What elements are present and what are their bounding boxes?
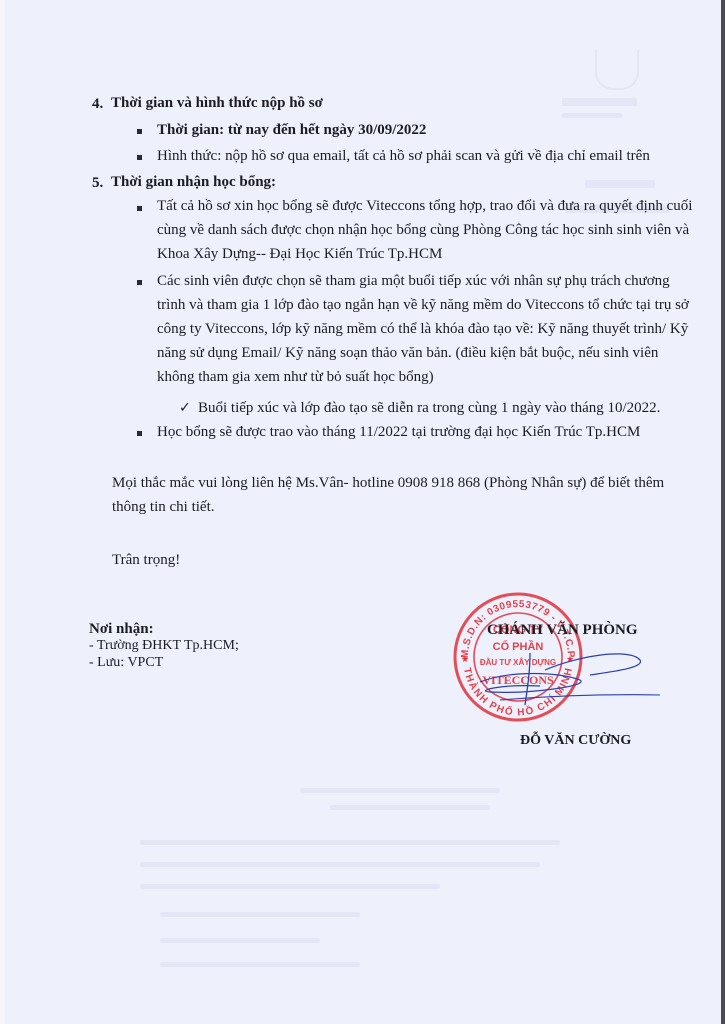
recipients-title: Nơi nhận: [89, 620, 154, 638]
signer-name: ĐỖ VĂN CƯỜNG [520, 729, 631, 752]
training-date-note: Buổi tiếp xúc và lớp đào tạo sẽ diễn ra … [198, 397, 660, 420]
paragraph-line: không tham gia xem như từ bỏ suất học bổ… [157, 366, 434, 389]
paragraph-line: trình và tham gia 1 lớp đào tạo ngắn hạn… [157, 294, 689, 317]
paragraph-line: năng sử dụng Email/ Kỹ năng soạn thảo vă… [157, 342, 658, 365]
bleed-through-mark [160, 962, 360, 967]
scan-right-edge [721, 0, 725, 1024]
closing-text: Trân trọng! [112, 549, 180, 572]
bleed-through-mark [330, 805, 490, 810]
bleed-through-mark [585, 180, 655, 188]
bleed-through-mark [140, 840, 560, 845]
bleed-through-mark [300, 788, 500, 793]
bleed-through-mark [562, 113, 622, 118]
checkmark-icon: ✓ [179, 400, 191, 416]
bleed-through-mark [160, 938, 320, 943]
paragraph-line: Khoa Xây Dựng-- Đại Học Kiến Trúc Tp.HCM [157, 243, 442, 266]
section-5-number: 5. [92, 175, 103, 192]
award-date: Học bổng sẽ được trao vào tháng 11/2022 … [157, 421, 640, 444]
paragraph-line: công ty Viteccons, lớp kỹ năng mềm có th… [157, 318, 688, 341]
bleed-through-logo [595, 50, 639, 90]
submission-deadline: Thời gian: từ nay đến hết ngày 30/09/202… [157, 119, 426, 142]
bleed-through-mark [562, 98, 637, 106]
bullet-icon [137, 280, 142, 285]
recipient-item: - Lưu: VPCT [89, 654, 163, 672]
submission-method: Hình thức: nộp hồ sơ qua email, tất cả h… [157, 145, 650, 168]
bullet-icon [137, 206, 142, 211]
bleed-through-mark [140, 862, 540, 867]
bleed-through-mark [160, 912, 360, 917]
bullet-icon [137, 431, 142, 436]
handwritten-signature [470, 650, 665, 710]
paragraph-line: cùng về danh sách được chọn nhận học bổn… [157, 219, 689, 242]
document-page: 4. Thời gian và hình thức nộp hồ sơ Thời… [0, 0, 725, 1024]
section-4-title: Thời gian và hình thức nộp hồ sơ [111, 92, 323, 115]
bullet-icon [137, 129, 142, 134]
bleed-through-mark [140, 884, 440, 889]
paragraph-line: Các sinh viên được chọn sẽ tham gia một … [157, 270, 670, 293]
signer-position: CHÁNH VĂN PHÒNG [487, 619, 638, 642]
section-5-title: Thời gian nhận học bổng: [111, 171, 276, 194]
contact-line: thông tin chi tiết. [112, 496, 215, 519]
recipient-item: - Trường ĐHKT Tp.HCM; [89, 637, 239, 655]
stamp-star-icon: ★ [461, 655, 469, 665]
paragraph-line: Tất cả hồ sơ xin học bổng sẽ được Vitecc… [157, 195, 692, 218]
bullet-icon [137, 155, 142, 160]
contact-line: Mọi thắc mắc vui lòng liên hệ Ms.Vân- ho… [112, 472, 664, 495]
section-4-number: 4. [92, 96, 103, 113]
scan-left-edge [0, 0, 5, 1024]
